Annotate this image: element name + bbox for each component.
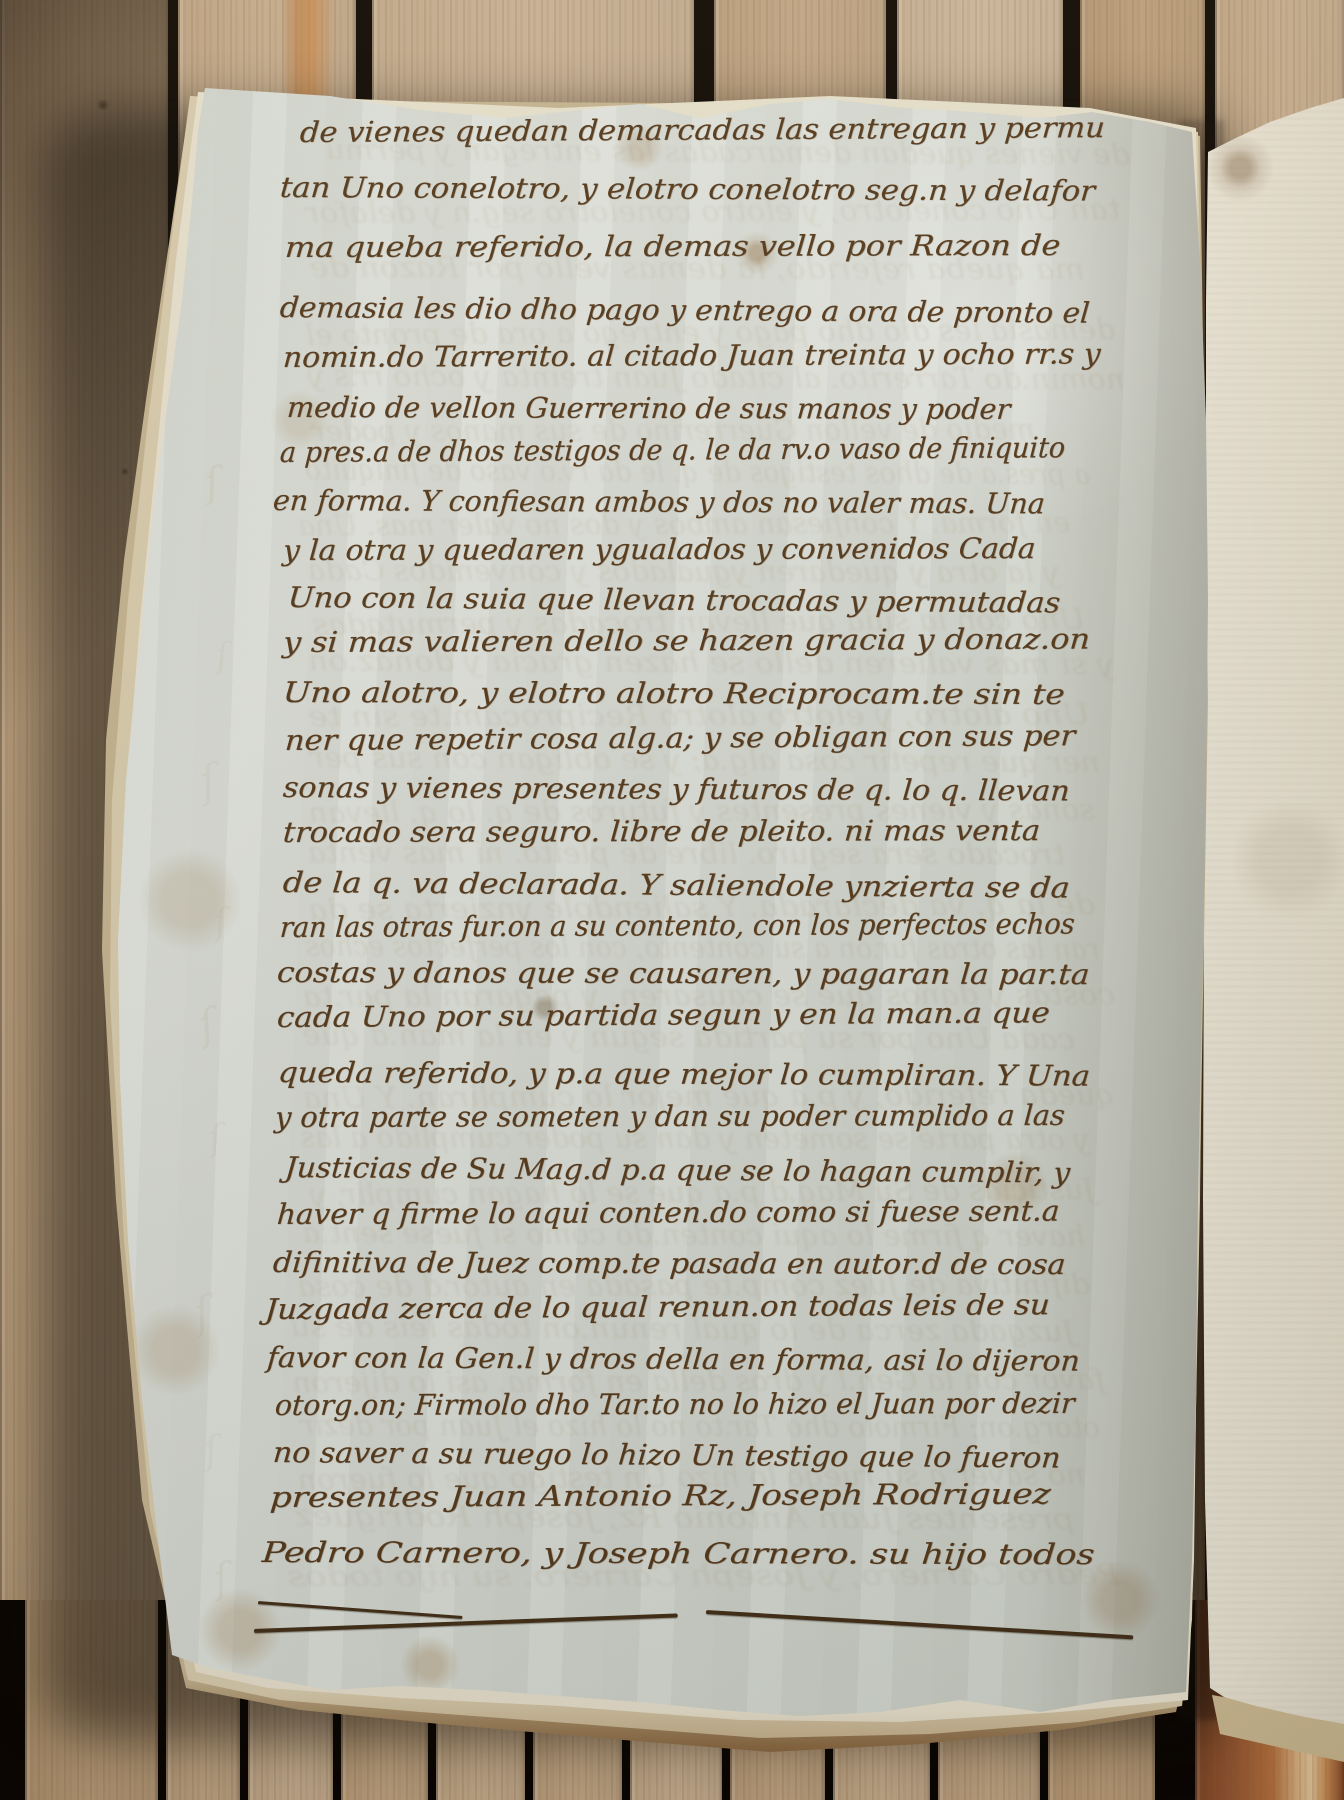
- margin-ink-mark: ſ: [193, 999, 220, 1050]
- margin-ink-mark: ſ: [211, 901, 230, 943]
- margin-ink-mark: ſ: [214, 635, 231, 676]
- margin-ink-mark: ſ: [201, 1427, 222, 1473]
- margin-ink-mark: ſ: [195, 755, 222, 808]
- margin-ink-mark: ſ: [210, 1555, 233, 1603]
- manuscript-photo: de vienes quedan demarcadas las entregan…: [0, 0, 1344, 1800]
- margin-ink-mark: ſ: [201, 459, 224, 507]
- margin-ink-mark: ſ: [189, 1287, 216, 1340]
- ink-rule: [254, 1613, 678, 1633]
- ghost-bleedthrough-line: ma queba referido, la demas vello por Ra…: [310, 248, 1085, 290]
- manuscript-text: de vienes quedan demarcadas las entregan…: [0, 0, 1344, 1800]
- ink-rule: [706, 1610, 1133, 1639]
- margin-ink-mark: ſ: [207, 1117, 225, 1159]
- ink-rule: [258, 1601, 463, 1619]
- ghost-bleedthrough-line: Pedro Carnero, y Joseph Carnero. su hijo…: [288, 1555, 1121, 1597]
